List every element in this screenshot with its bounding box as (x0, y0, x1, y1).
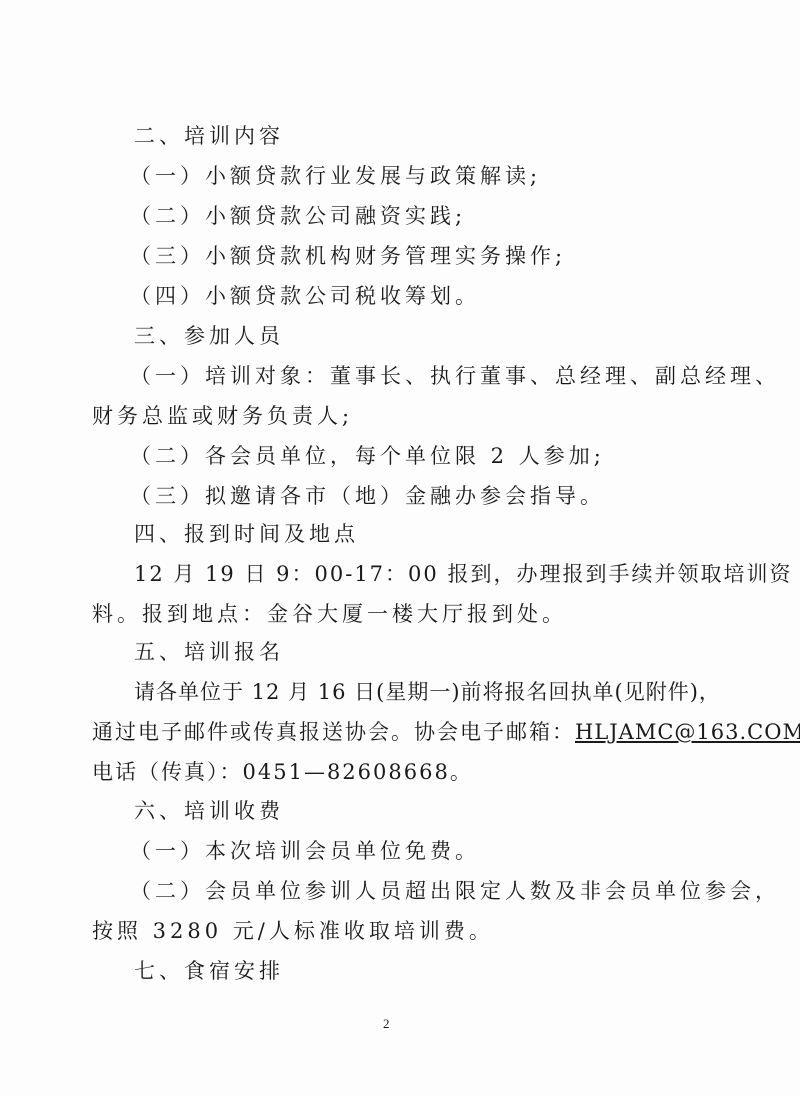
paragraph-line: 按照 3280 元/人标准收取培训费。 (92, 917, 494, 945)
section-heading-participants: 三、参加人员 (134, 322, 284, 350)
list-item: （一）小额贷款行业发展与政策解读; (130, 162, 541, 190)
list-item: （三）拟邀请各市（地）金融办参会指导。 (130, 482, 605, 510)
section-heading-registration-time-place: 四、报到时间及地点 (134, 520, 359, 548)
email-label: 通过电子邮件或传真报送协会。协会电子邮箱： (92, 720, 575, 744)
list-item: （四）小额贷款公司税收筹划。 (130, 282, 480, 310)
list-item: （二）各会员单位，每个单位限 2 人参加; (130, 442, 605, 470)
paragraph-line: 财务总监或财务负责人; (92, 402, 353, 430)
section-heading-accommodation: 七、食宿安排 (134, 957, 284, 985)
email-link[interactable]: HLJAMC@163.COM (575, 720, 800, 744)
paragraph-line: 通过电子邮件或传真报送协会。协会电子邮箱：HLJAMC@163.COM; (92, 718, 800, 746)
paragraph-line: （一）培训对象：董事长、执行董事、总经理、副总经理、 (130, 362, 780, 390)
page-number: 2 (383, 1016, 390, 1032)
paragraph-line: 12 月 19 日 9：00-17：00 报到，办理报到手续并领取培训资 (134, 560, 792, 588)
paragraph-line: 请各单位于 12 月 16 日(星期一)前将报名回执单(见附件)， (134, 678, 721, 706)
phone-fax-line: 电话（传真）：0451—82608668。 (92, 758, 473, 786)
paragraph-line: 料。报到地点：金谷大厦一楼大厅报到处。 (92, 600, 567, 628)
section-heading-registration: 五、培训报名 (134, 638, 284, 666)
list-item: （一）本次培训会员单位免费。 (130, 837, 480, 865)
paragraph-line: （二）会员单位参训人员超出限定人数及非会员单位参会， (130, 877, 780, 905)
list-item: （三）小额贷款机构财务管理实务操作; (130, 242, 566, 270)
section-heading-training-content: 二、培训内容 (134, 122, 284, 150)
section-heading-fees: 六、培训收费 (134, 797, 284, 825)
list-item: （二）小额贷款公司融资实践; (130, 202, 466, 230)
